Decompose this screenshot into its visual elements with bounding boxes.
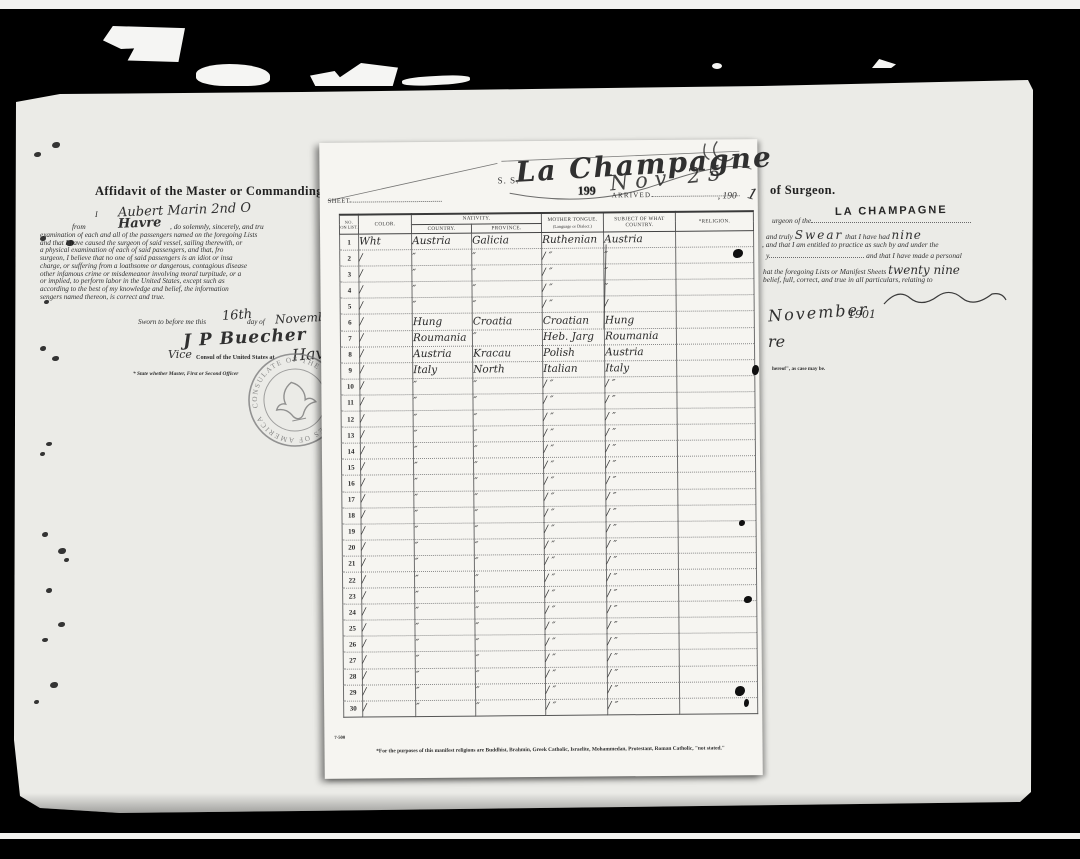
manifest-row: 30/″″/ ″/ ″ xyxy=(344,697,758,717)
manifest-cell-no: 13 xyxy=(341,427,360,443)
manifest-cell-country: ″ xyxy=(414,507,474,524)
manifest-cell-country: ″ xyxy=(414,555,474,572)
manifest-cell-province: Croatia xyxy=(472,313,542,330)
manifest-cell-province: Kracau xyxy=(473,345,543,362)
torn-paper-fragment xyxy=(196,64,270,86)
form-number: 7-500 xyxy=(334,735,345,740)
manifest-cell-religion xyxy=(677,375,755,392)
manifest-cell-province: ″ xyxy=(474,522,544,539)
manifest-cell-province: North xyxy=(473,361,543,378)
manifest-cell-religion xyxy=(677,343,755,360)
manifest-cell-country: ″ xyxy=(416,700,476,717)
manifest-cell-country: ″ xyxy=(413,442,473,459)
col-header-color: COLOR. xyxy=(358,214,411,234)
manifest-cell-mother: / ″ xyxy=(544,554,606,571)
manifest-cell-country: Austria xyxy=(412,233,472,250)
manifest-cell-religion xyxy=(677,456,755,473)
manifest-cell-country: ″ xyxy=(414,539,474,556)
manifest-cell-subject: / ″ xyxy=(606,473,678,490)
manifest-cell-province: ″ xyxy=(474,554,544,571)
manifest-cell-no: 5 xyxy=(340,298,359,314)
manifest-cell-mother: / ″ xyxy=(545,602,607,619)
manifest-table: No.ON LIST. COLOR. NATIVITY. MOTHER TONG… xyxy=(339,210,758,717)
manifest-cell-religion xyxy=(677,440,755,457)
affidavit-master-title: Affidavit of the Master or Commanding, O… xyxy=(95,184,353,199)
manifest-cell-subject: / ″ xyxy=(606,537,678,554)
manifest-cell-country: ″ xyxy=(413,426,473,443)
manifest-cell-color: / xyxy=(359,298,412,315)
manifest-cell-province: ″ xyxy=(474,538,544,555)
manifest-cell-religion xyxy=(677,392,755,409)
year-printed: , 190 xyxy=(718,191,737,201)
surgeon-footnote-fragment: hereof", as case may be. xyxy=(772,366,825,372)
manifest-cell-country: Roumania xyxy=(412,330,472,347)
manifest-cell-color: / xyxy=(362,588,415,605)
surgeon-signature-flourish xyxy=(880,282,1010,312)
torn-paper-fragment xyxy=(310,63,398,86)
manifest-cell-country: ″ xyxy=(413,394,473,411)
manifest-cell-religion xyxy=(678,536,756,553)
manifest-cell-color: / xyxy=(361,539,414,556)
manifest-cell-color: / xyxy=(360,459,413,476)
manifest-cell-mother: Heb. Jarg xyxy=(542,329,604,346)
manifest-cell-no: 15 xyxy=(341,459,360,475)
manifest-cell-no: 16 xyxy=(342,475,361,491)
manifest-cell-religion xyxy=(677,424,755,441)
manifest-footnote: *For the purposes of this manifest relig… xyxy=(344,745,758,755)
manifest-cell-country: Austria xyxy=(413,346,473,363)
affidavit-footnote: * State whether Master, First or Second … xyxy=(133,371,238,377)
manifest-cell-subject: / ″ xyxy=(607,666,679,683)
manifest-cell-no: 27 xyxy=(343,653,362,669)
manifest-cell-country: ″ xyxy=(413,410,473,427)
manifest-cell-country: ″ xyxy=(415,619,475,636)
manifest-cell-no: 22 xyxy=(342,572,361,588)
manifest-cell-country: Italy xyxy=(413,362,473,379)
affidavit-intro-i: I xyxy=(95,210,98,219)
manifest-cell-subject: / ″ xyxy=(608,698,680,715)
manifest-cell-province: ″ xyxy=(473,426,543,443)
manifest-cell-province: ″ xyxy=(473,377,543,394)
manifest-cell-subject: / ″ xyxy=(607,618,679,635)
manifest-cell-no: 20 xyxy=(342,540,361,556)
manifest-cell-mother: / ″ xyxy=(545,666,607,683)
manifest-cell-color: / xyxy=(360,362,413,379)
manifest-cell-province: ″ xyxy=(475,635,545,652)
date-year-handwriting: 1901 xyxy=(848,308,876,321)
sheet-label: SHEET xyxy=(328,197,442,205)
manifest-cell-color: / xyxy=(359,250,412,267)
manifest-cell-no: 7 xyxy=(340,331,359,347)
manifest-cell-color: / xyxy=(359,330,412,347)
manifest-cell-color: / xyxy=(362,620,415,637)
manifest-cell-mother: / ″ xyxy=(542,248,604,265)
manifest-cell-religion xyxy=(679,649,757,666)
manifest-cell-country: Hung xyxy=(412,314,472,331)
manifest-cell-mother: / ″ xyxy=(545,618,607,635)
sworn-line-mid: day of xyxy=(247,318,265,326)
manifest-cell-color: / xyxy=(363,700,416,717)
manifest-cell-no: 9 xyxy=(341,363,360,379)
manifest-cell-country: ″ xyxy=(415,603,475,620)
manifest-cell-subject: ″ xyxy=(604,280,676,297)
manifest-cell-no: 12 xyxy=(341,411,360,427)
manifest-cell-color: / xyxy=(360,395,413,412)
manifest-cell-mother: Polish xyxy=(543,345,605,362)
manifest-cell-color: / xyxy=(361,572,414,589)
manifest-cell-color: / xyxy=(361,555,414,572)
manifest-cell-subject: / ″ xyxy=(607,601,679,618)
manifest-cell-mother: Ruthenian xyxy=(542,232,604,249)
scanner-strip-bottom xyxy=(0,833,1080,839)
manifest-cell-province: ″ xyxy=(475,603,545,620)
manifest-cell-country: ″ xyxy=(414,491,474,508)
manifest-cell-religion xyxy=(679,681,757,698)
manifest-cell-color: / xyxy=(360,346,413,363)
manifest-cell-country: ″ xyxy=(415,684,475,701)
manifest-cell-mother: / ″ xyxy=(545,683,607,700)
col-header-mother-tongue: MOTHER TONGUE.(Language or Dialect.) xyxy=(541,212,603,232)
manifest-cell-no: 1 xyxy=(340,234,359,250)
manifest-cell-color: / xyxy=(361,523,414,540)
manifest-cell-subject: / ″ xyxy=(605,457,677,474)
manifest-cell-color: / xyxy=(362,636,415,653)
manifest-cell-religion xyxy=(678,488,756,505)
manifest-cell-color: / xyxy=(361,491,414,508)
manifest-cell-province: ″ xyxy=(473,458,543,475)
manifest-cell-country: ″ xyxy=(415,587,475,604)
manifest-cell-no: 26 xyxy=(343,636,362,652)
manifest-cell-no: 6 xyxy=(340,315,359,331)
manifest-cell-mother: / ″ xyxy=(546,699,608,716)
manifest-cell-country: ″ xyxy=(415,635,475,652)
torn-paper-fragment xyxy=(103,26,185,62)
surgeon-line-3: , and that I am entitled to practice as … xyxy=(762,240,939,249)
manifest-cell-subject: Austria xyxy=(605,344,677,361)
manifest-cell-province: ″ xyxy=(473,393,543,410)
manifest-cell-province: ″ xyxy=(474,506,544,523)
manifest-cell-country: ″ xyxy=(415,668,475,685)
manifest-cell-subject: / xyxy=(604,296,676,313)
manifest-cell-province: ″ xyxy=(473,410,543,427)
manifest-cell-country: ″ xyxy=(414,571,474,588)
manifest-cell-country: ″ xyxy=(412,281,472,298)
manifest-cell-subject: ″ xyxy=(604,264,676,281)
torn-paper-fragment xyxy=(402,74,470,87)
manifest-cell-religion xyxy=(679,601,757,618)
manifest-cell-no: 8 xyxy=(341,347,360,363)
manifest-cell-religion xyxy=(676,295,754,312)
manifest-cell-no: 19 xyxy=(342,524,361,540)
manifest-cell-subject: / ″ xyxy=(606,505,678,522)
manifest-cell-no: 24 xyxy=(343,604,362,620)
surgeon-line-1: urgeon of the xyxy=(772,216,971,225)
manifest-cell-religion xyxy=(678,472,756,489)
manifest-cell-color: / xyxy=(360,443,413,460)
manifest-cell-province: ″ xyxy=(474,490,544,507)
manifest-cell-subject: / ″ xyxy=(607,585,679,602)
manifest-cell-mother: / ″ xyxy=(543,425,605,442)
manifest-cell-province: ″ xyxy=(473,442,543,459)
manifest-cell-color: / xyxy=(359,282,412,299)
col-header-religion: *RELIGION. xyxy=(675,211,753,231)
manifest-cell-subject: Austria xyxy=(604,231,676,248)
manifest-cell-color: / xyxy=(362,652,415,669)
manifest-cell-mother: / ″ xyxy=(545,650,607,667)
scanner-strip-top xyxy=(0,0,1080,9)
manifest-cell-subject: / ″ xyxy=(607,682,679,699)
manifest-cell-religion xyxy=(678,504,756,521)
list-number-stamp: 199 xyxy=(578,184,596,199)
manifest-cell-no: 28 xyxy=(343,669,362,685)
manifest-cell-mother: / ″ xyxy=(543,441,605,458)
torn-paper-fragment xyxy=(872,59,896,68)
manifest-cell-mother: / ″ xyxy=(542,264,604,281)
manifest-cell-mother: / ″ xyxy=(545,634,607,651)
manifest-cell-country: ″ xyxy=(413,378,473,395)
manifest-cell-subject: / ″ xyxy=(606,521,678,538)
manifest-cell-province: ″ xyxy=(475,587,545,604)
manifest-cell-province: ″ xyxy=(475,667,545,684)
manifest-cell-province: ″ xyxy=(474,570,544,587)
manifest-cell-country: ″ xyxy=(415,652,475,669)
manifest-cell-province: Galicia xyxy=(472,232,542,249)
manifest-cell-subject: / ″ xyxy=(605,424,677,441)
manifest-cell-subject: ″ xyxy=(604,247,676,264)
manifest-cell-province: ″ xyxy=(472,249,542,266)
manifest-cell-no: 14 xyxy=(341,443,360,459)
manifest-cell-mother: / ″ xyxy=(542,280,604,297)
affidavit-intro-rest: , do solemnly, sincerely, and tru xyxy=(170,222,264,231)
from-place-handwriting: Havre xyxy=(118,215,162,232)
manifest-cell-mother: / ″ xyxy=(543,457,605,474)
manifest-cell-religion xyxy=(678,569,756,586)
manifest-cell-mother: / ″ xyxy=(543,377,605,394)
manifest-cell-color: / xyxy=(362,604,415,621)
manifest-cell-country: ″ xyxy=(413,458,473,475)
manifest-cell-color: / xyxy=(360,427,413,444)
seal-eagle-icon xyxy=(272,378,319,423)
manifest-cell-no: 11 xyxy=(341,395,360,411)
manifest-page: SHEET S. S. La Champagne 199 ARRIVED Nov… xyxy=(319,139,763,779)
manifest-cell-color: / xyxy=(360,411,413,428)
manifest-cell-color: / xyxy=(361,507,414,524)
manifest-cell-subject: / ″ xyxy=(607,650,679,667)
manifest-cell-no: 17 xyxy=(342,492,361,508)
manifest-cell-country: ″ xyxy=(414,474,474,491)
affidavit-body-line: sengers named thereon, is correct and tr… xyxy=(40,294,332,302)
consul-vice-handwriting: Vice xyxy=(168,348,192,361)
manifest-cell-subject: Hung xyxy=(604,312,676,329)
surgeon-line-4: y and that I have made a personal xyxy=(766,251,962,260)
col-header-country: COUNTRY. xyxy=(411,224,471,234)
manifest-cell-mother: / ″ xyxy=(544,473,606,490)
manifest-cell-subject: / ″ xyxy=(606,489,678,506)
col-header-no: No.ON LIST. xyxy=(339,215,358,235)
manifest-cell-color: / xyxy=(359,266,412,283)
manifest-cell-province: ″ xyxy=(474,474,544,491)
manifest-cell-province: ″ xyxy=(472,329,542,346)
manifest-table-body: 1WhtAustriaGaliciaRuthenianAustria2/″″/ … xyxy=(340,231,758,717)
manifest-cell-color: / xyxy=(361,475,414,492)
manifest-cell-mother: / ″ xyxy=(542,296,604,313)
manifest-cell-religion xyxy=(677,359,755,376)
manifest-cell-subject: / ″ xyxy=(605,376,677,393)
manifest-cell-province: ″ xyxy=(475,683,545,700)
manifest-cell-religion xyxy=(676,311,754,328)
manifest-cell-color: / xyxy=(362,668,415,685)
manifest-cell-no: 4 xyxy=(340,282,359,298)
manifest-cell-no: 3 xyxy=(340,266,359,282)
manifest-cell-religion xyxy=(677,408,755,425)
manifest-cell-color: / xyxy=(362,684,415,701)
manifest-cell-no: 10 xyxy=(341,379,360,395)
manifest-cell-mother: / ″ xyxy=(544,522,606,539)
manifest-cell-mother: / ″ xyxy=(543,409,605,426)
manifest-cell-mother: Italian xyxy=(543,361,605,378)
manifest-cell-religion xyxy=(676,263,754,280)
sworn-line-pre: Sworn to before me this xyxy=(138,318,206,326)
manifest-cell-province: ″ xyxy=(472,281,542,298)
manifest-cell-religion xyxy=(676,279,754,296)
manifest-cell-province: ″ xyxy=(475,651,545,668)
document-scan: Affidavit of the Master or Commanding, O… xyxy=(0,0,1080,859)
affidavit-from-label: from xyxy=(72,222,86,231)
manifest-cell-religion xyxy=(676,231,754,248)
manifest-cell-subject: / ″ xyxy=(605,441,677,458)
manifest-cell-subject: / ″ xyxy=(605,408,677,425)
manifest-cell-mother: / ″ xyxy=(544,489,606,506)
affidavit-surgeon-title-fragment: of Surgeon. xyxy=(770,183,836,198)
manifest-cell-no: 25 xyxy=(343,620,362,636)
manifest-cell-color: Wht xyxy=(359,234,412,251)
manifest-cell-color: / xyxy=(360,378,413,395)
affidavit-body: examination of each and all of the passe… xyxy=(40,232,332,306)
manifest-cell-religion xyxy=(679,617,757,634)
manifest-cell-no: 2 xyxy=(340,250,359,266)
manifest-cell-mother: / ″ xyxy=(543,393,605,410)
manifest-cell-subject: Italy xyxy=(605,360,677,377)
manifest-cell-subject: / ″ xyxy=(606,569,678,586)
col-header-subject: SUBJECT OF WHAT COUNTRY. xyxy=(603,212,675,232)
manifest-cell-province: ″ xyxy=(472,297,542,314)
manifest-cell-province: ″ xyxy=(472,265,542,282)
manifest-cell-mother: / ″ xyxy=(544,506,606,523)
manifest-cell-country: ″ xyxy=(412,297,472,314)
manifest-cell-no: 23 xyxy=(343,588,362,604)
manifest-cell-subject: / ″ xyxy=(605,392,677,409)
manifest-cell-mother: Croatian xyxy=(542,312,604,329)
manifest-cell-province: ″ xyxy=(475,619,545,636)
manifest-cell-no: 18 xyxy=(342,508,361,524)
manifest-cell-subject: / ″ xyxy=(606,553,678,570)
manifest-cell-mother: / ″ xyxy=(545,586,607,603)
manifest-cell-religion xyxy=(679,665,757,682)
manifest-cell-no: 21 xyxy=(342,556,361,572)
manifest-cell-no: 30 xyxy=(344,701,363,717)
manifest-cell-country: ″ xyxy=(412,249,472,266)
manifest-cell-religion xyxy=(678,552,756,569)
manifest-cell-province: ″ xyxy=(476,699,546,716)
havre-fragment-handwriting: re xyxy=(768,332,785,351)
manifest-cell-country: ″ xyxy=(414,523,474,540)
manifest-cell-religion xyxy=(676,327,754,344)
manifest-cell-country: ″ xyxy=(412,265,472,282)
manifest-cell-no: 29 xyxy=(343,685,362,701)
manifest-cell-subject: Roumania xyxy=(604,328,676,345)
manifest-cell-subject: / ″ xyxy=(607,634,679,651)
manifest-cell-mother: / ″ xyxy=(544,570,606,587)
manifest-cell-color: / xyxy=(359,314,412,331)
manifest-cell-mother: / ″ xyxy=(544,538,606,555)
torn-paper-fragment xyxy=(712,63,722,69)
manifest-cell-religion xyxy=(679,633,757,650)
